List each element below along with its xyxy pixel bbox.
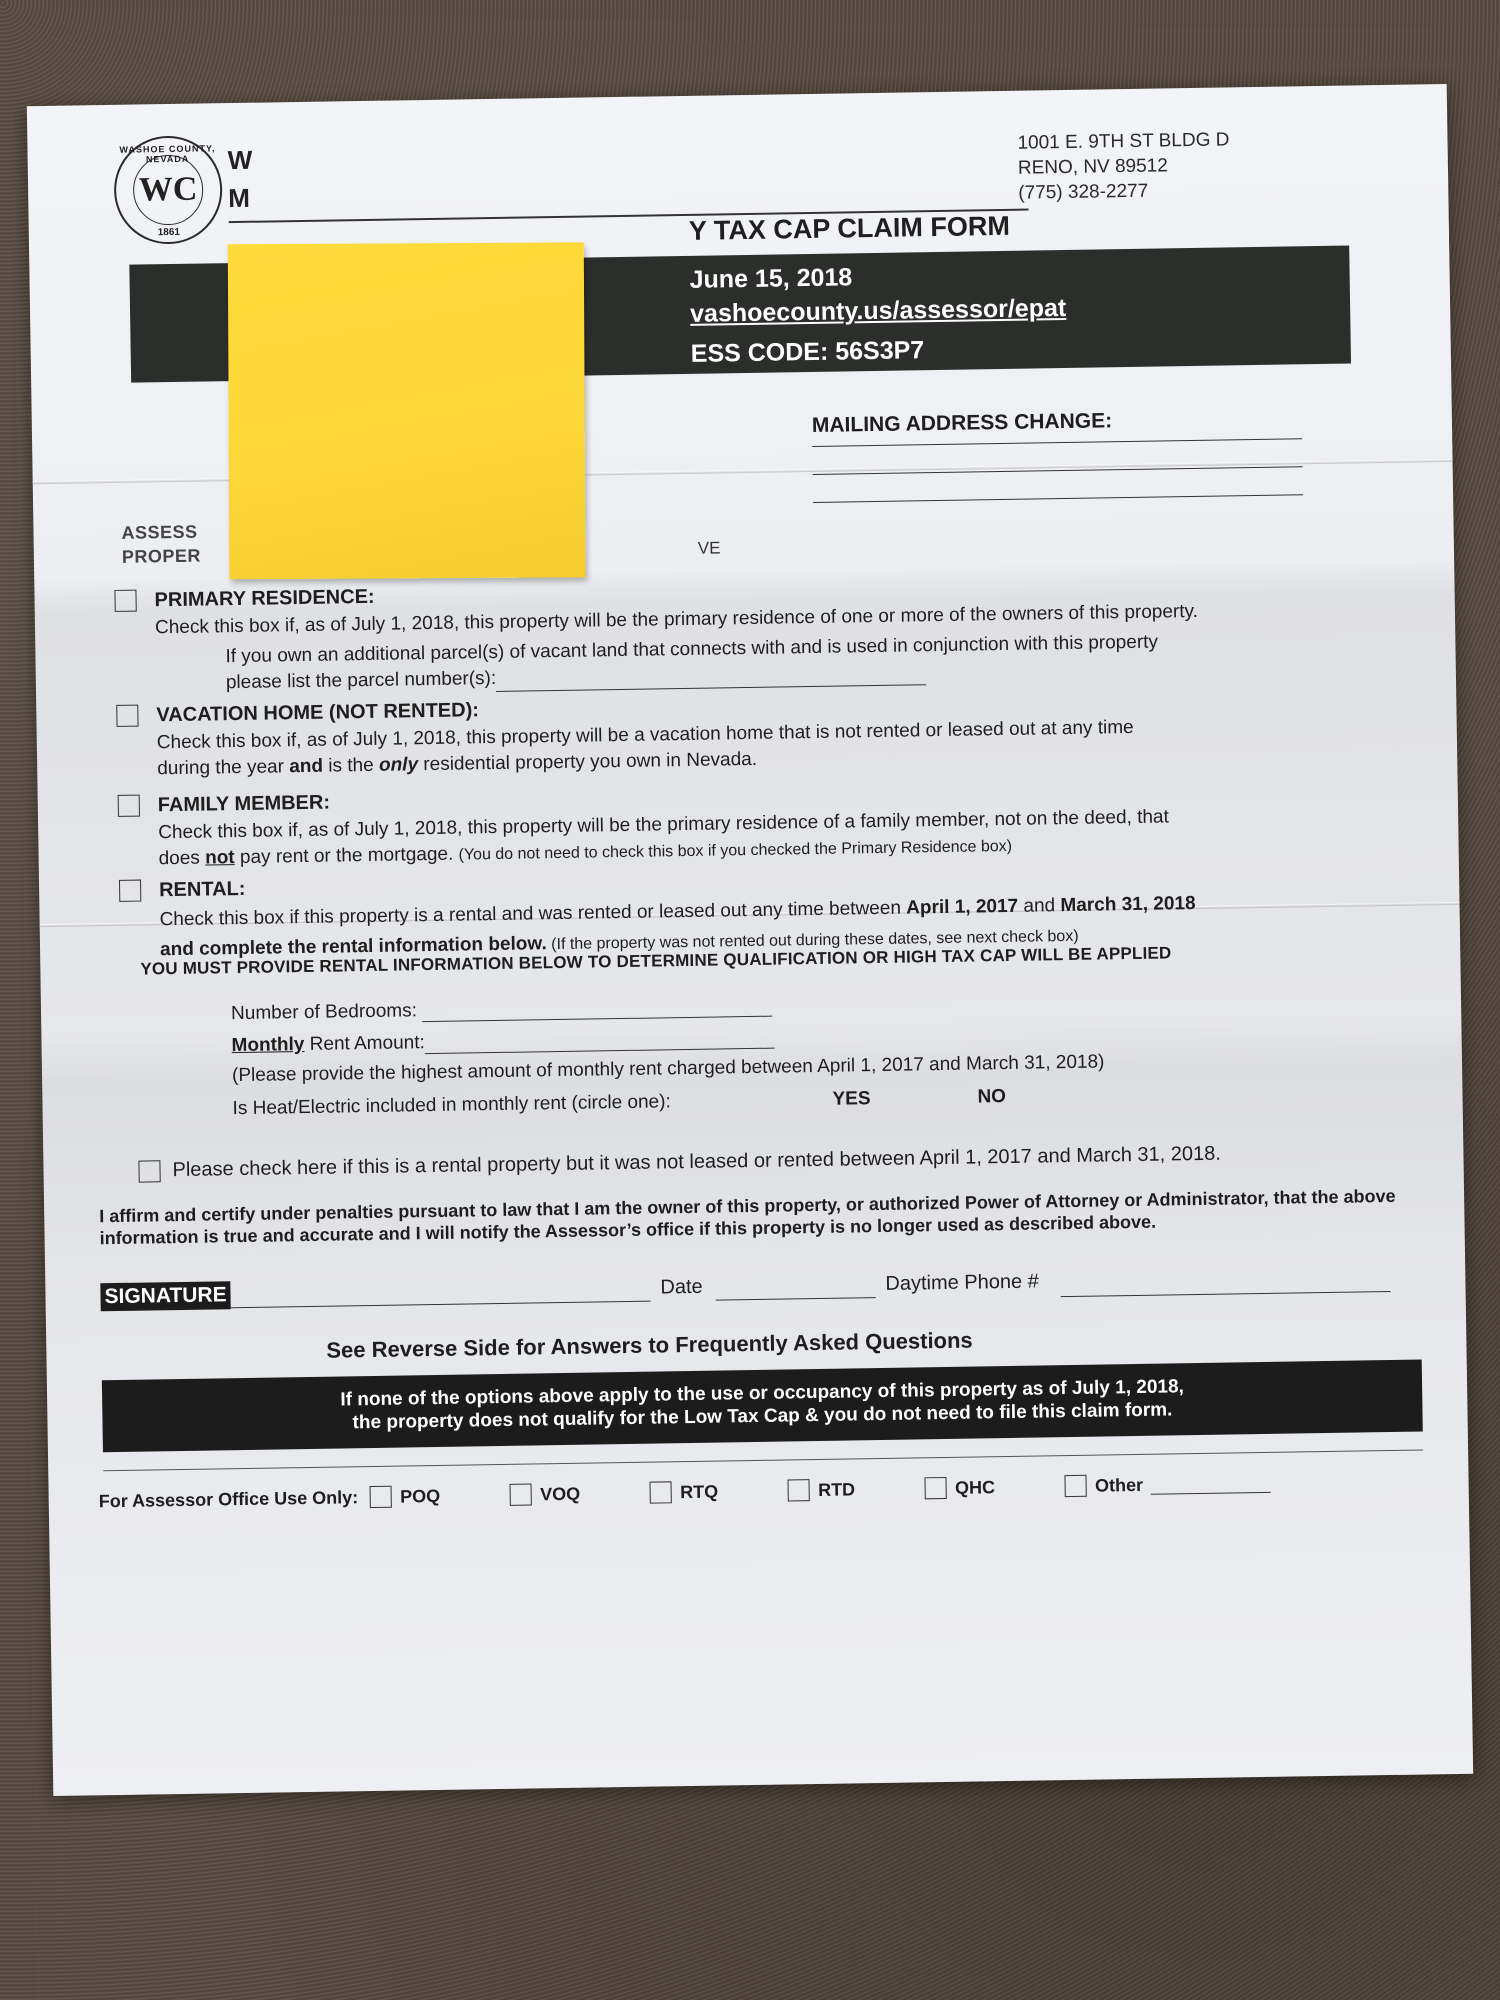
body-emphasis: and <box>289 756 323 778</box>
start-date: April 1, 2017 <box>906 896 1018 919</box>
end-date: March 31, 2018 <box>1060 893 1196 916</box>
parcel-number-input[interactable] <box>496 664 926 692</box>
bedrooms-input[interactable] <box>422 996 772 1022</box>
address-street: 1001 E. 9TH ST BLDG D <box>1017 127 1229 155</box>
date-label: Date <box>660 1276 703 1300</box>
option-label: QHC <box>955 1477 995 1499</box>
signature-input[interactable] <box>230 1279 650 1309</box>
mailing-address-line-3[interactable] <box>813 494 1303 503</box>
body-text: and <box>1023 895 1060 917</box>
vacation-home-checkbox[interactable] <box>116 705 138 727</box>
primary-residence-checkbox[interactable] <box>114 590 136 612</box>
property-location-label: PROPER <box>122 546 201 568</box>
section-vacation-home: VACATION HOME (NOT RENTED): Check this b… <box>116 685 1417 785</box>
section-primary-residence: PRIMARY RESIDENCE: Check this box if, as… <box>114 570 1415 690</box>
section-title: VACATION HOME (NOT RENTED): <box>156 699 479 727</box>
qualification-notice: If none of the options above apply to th… <box>102 1360 1423 1453</box>
faq-note: See Reverse Side for Answers to Frequent… <box>326 1328 973 1364</box>
office-option-qhc[interactable]: QHC <box>925 1476 995 1499</box>
body-text: during the year <box>157 756 289 779</box>
body-text: does <box>158 848 205 870</box>
county-seal-logo: WASHOE COUNTY, NEVADA WC 1861 <box>113 135 223 245</box>
date-input[interactable] <box>715 1275 875 1301</box>
due-date: June 15, 2018 <box>689 263 852 295</box>
section-family-member: FAMILY MEMBER: Check this box if, as of … <box>118 774 1419 874</box>
phone-label: Daytime Phone # <box>885 1271 1039 1296</box>
option-label: POQ <box>400 1485 440 1507</box>
signature-label: SIGNATURE <box>100 1281 231 1311</box>
assessor-parcel-label: ASSESS <box>121 522 197 544</box>
address-city: RENO, NV 89512 <box>1018 152 1230 180</box>
heat-yes-option[interactable]: YES <box>832 1088 870 1111</box>
section-title: FAMILY MEMBER: <box>158 792 331 818</box>
org-title: W <box>227 145 253 176</box>
org-subtitle: M <box>228 183 250 214</box>
other-input[interactable] <box>1151 1473 1271 1494</box>
option-label: RTQ <box>680 1481 718 1503</box>
seal-text: WASHOE COUNTY, NEVADA <box>115 143 219 165</box>
heat-electric-row: Is Heat/Electric included in monthly ren… <box>232 1084 1132 1120</box>
seal-year: 1861 <box>117 226 221 239</box>
claim-form-paper: WASHOE COUNTY, NEVADA WC 1861 W M 1001 E… <box>27 84 1473 1796</box>
rent-label-emphasis: Monthly <box>231 1034 304 1056</box>
mailing-address-label: MAILING ADDRESS CHANGE: <box>812 409 1113 438</box>
office-option-other[interactable]: Other <box>1065 1472 1271 1497</box>
rent-row: Monthly Rent Amount: <box>231 1027 775 1058</box>
rental-checkbox[interactable] <box>119 880 141 902</box>
option-label: RTD <box>818 1479 855 1501</box>
office-address: 1001 E. 9TH ST BLDG D RENO, NV 89512 (77… <box>1017 127 1230 205</box>
voq-checkbox[interactable] <box>510 1483 532 1505</box>
seal-monogram-icon: WC <box>133 155 204 226</box>
office-option-rtd[interactable]: RTD <box>788 1478 855 1501</box>
office-use-label: For Assessor Office Use Only: <box>99 1487 359 1512</box>
body-emphasis: not <box>205 847 235 868</box>
mailing-address-line-1[interactable] <box>812 438 1302 447</box>
body-note: (You do not need to check this box if yo… <box>458 838 1012 864</box>
qhc-checkbox[interactable] <box>925 1477 947 1499</box>
parcel-label: please list the parcel number(s): <box>226 668 497 693</box>
section-title: RENTAL: <box>159 878 246 902</box>
not-rented-row: Please check here if this is a rental pr… <box>138 1143 1221 1183</box>
body-text: pay rent or the mortgage. <box>235 844 454 868</box>
other-checkbox[interactable] <box>1065 1475 1087 1497</box>
section-title: PRIMARY RESIDENCE: <box>154 586 374 612</box>
heat-electric-label: Is Heat/Electric included in monthly ren… <box>232 1091 671 1119</box>
option-label: Other <box>1095 1474 1143 1496</box>
form-title: Y TAX CAP CLAIM FORM <box>689 211 1010 247</box>
family-member-checkbox[interactable] <box>118 795 140 817</box>
office-option-poq[interactable]: POQ <box>370 1485 440 1508</box>
body-text: residential property you own in Nevada. <box>418 749 757 775</box>
office-use-row: For Assessor Office Use Only: POQ VOQ RT… <box>99 1469 1439 1512</box>
rent-label: Rent Amount: <box>304 1032 425 1055</box>
monthly-rent-input[interactable] <box>425 1028 775 1054</box>
rent-note: (Please provide the highest amount of mo… <box>232 1051 1105 1087</box>
bedrooms-row: Number of Bedrooms: <box>231 995 772 1025</box>
property-info-trailing: VE <box>698 538 721 558</box>
affirmation-text: I affirm and certify under penalties pur… <box>99 1185 1400 1249</box>
option-label: VOQ <box>540 1483 580 1505</box>
rtq-checkbox[interactable] <box>650 1481 672 1503</box>
office-divider <box>103 1449 1423 1471</box>
access-code: ESS CODE: 56S3P7 <box>691 336 925 369</box>
phone-input[interactable] <box>1060 1269 1390 1297</box>
heat-no-option[interactable]: NO <box>977 1086 1006 1108</box>
sticky-note-cover <box>228 242 586 579</box>
not-rented-label: Please check here if this is a rental pr… <box>172 1143 1221 1181</box>
body-emphasis: only <box>379 754 418 776</box>
office-option-voq[interactable]: VOQ <box>510 1483 580 1506</box>
body-text: is the <box>323 755 379 777</box>
bedrooms-label: Number of Bedrooms: <box>231 1000 417 1024</box>
rtd-checkbox[interactable] <box>788 1479 810 1501</box>
office-option-rtq[interactable]: RTQ <box>650 1481 718 1504</box>
poq-checkbox[interactable] <box>370 1486 392 1508</box>
signature-row: SIGNATURE Date Daytime Phone # <box>100 1263 1420 1324</box>
not-rented-checkbox[interactable] <box>138 1160 160 1182</box>
address-phone: (775) 328-2277 <box>1018 177 1230 205</box>
online-filing-link[interactable]: vashoecounty.us/assessor/epat <box>690 294 1067 329</box>
